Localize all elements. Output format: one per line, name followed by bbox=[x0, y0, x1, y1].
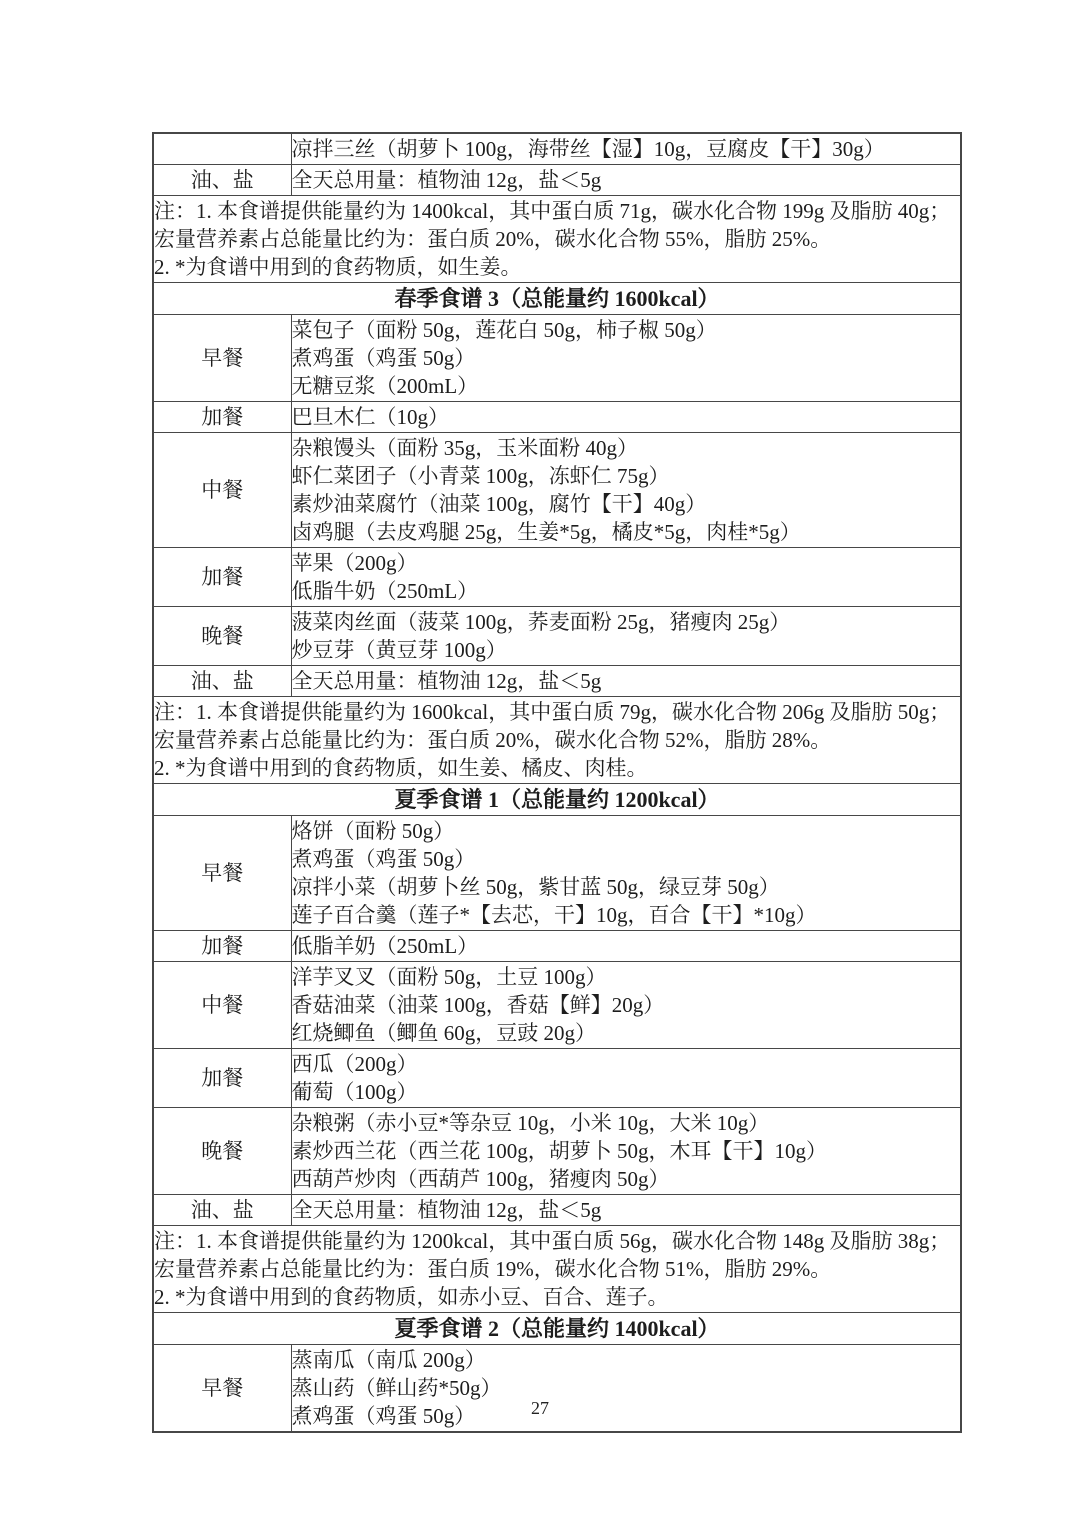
section-header: 夏季食谱 2（总能量约 1400kcal） bbox=[153, 1313, 961, 1345]
meal-label: 中餐 bbox=[153, 962, 291, 1049]
dish-line: 全天总用量：植物油 12g，盐＜5g bbox=[292, 667, 961, 695]
dish-line: 低脂羊奶（250mL） bbox=[292, 932, 961, 960]
dish-cell: 菠菜肉丝面（菠菜 100g，荞麦面粉 25g，猪瘦肉 25g）炒豆芽（黄豆芽 1… bbox=[291, 607, 961, 666]
meal-row: 油、盐全天总用量：植物油 12g，盐＜5g bbox=[153, 666, 961, 697]
dish-line: 西葫芦炒肉（西葫芦 100g，猪瘦肉 50g） bbox=[292, 1165, 961, 1193]
dish-line: 杂粮粥（赤小豆*等杂豆 10g，小米 10g，大米 10g） bbox=[292, 1109, 961, 1137]
dish-line: 素炒油菜腐竹（油菜 100g，腐竹【干】40g） bbox=[292, 490, 961, 518]
meal-row: 中餐杂粮馒头（面粉 35g，玉米面粉 40g）虾仁菜团子（小青菜 100g，冻虾… bbox=[153, 433, 961, 548]
note-cell: 注：1. 本食谱提供能量约为 1600kcal，其中蛋白质 79g，碳水化合物 … bbox=[153, 697, 961, 784]
dish-cell: 低脂羊奶（250mL） bbox=[291, 931, 961, 962]
meal-row: 早餐烙饼（面粉 50g）煮鸡蛋（鸡蛋 50g）凉拌小菜（胡萝卜丝 50g，紫甘蓝… bbox=[153, 816, 961, 931]
header-row: 夏季食谱 2（总能量约 1400kcal） bbox=[153, 1313, 961, 1345]
dish-line: 炒豆芽（黄豆芽 100g） bbox=[292, 636, 961, 664]
meal-row: 中餐洋芋叉叉（面粉 50g，土豆 100g）香菇油菜（油菜 100g，香菇【鲜】… bbox=[153, 962, 961, 1049]
note-row: 注：1. 本食谱提供能量约为 1400kcal，其中蛋白质 71g，碳水化合物 … bbox=[153, 196, 961, 283]
dish-line: 苹果（200g） bbox=[292, 549, 961, 577]
meal-label: 早餐 bbox=[153, 315, 291, 402]
meal-label: 油、盐 bbox=[153, 165, 291, 196]
header-row: 春季食谱 3（总能量约 1600kcal） bbox=[153, 283, 961, 315]
meal-label: 油、盐 bbox=[153, 1195, 291, 1226]
dish-line: 低脂牛奶（250mL） bbox=[292, 577, 961, 605]
dish-cell: 洋芋叉叉（面粉 50g，土豆 100g）香菇油菜（油菜 100g，香菇【鲜】20… bbox=[291, 962, 961, 1049]
meal-label: 晚餐 bbox=[153, 1108, 291, 1195]
dish-cell: 烙饼（面粉 50g）煮鸡蛋（鸡蛋 50g）凉拌小菜（胡萝卜丝 50g，紫甘蓝 5… bbox=[291, 816, 961, 931]
section-header: 夏季食谱 1（总能量约 1200kcal） bbox=[153, 784, 961, 816]
note-line: 注：1. 本食谱提供能量约为 1400kcal，其中蛋白质 71g，碳水化合物 … bbox=[154, 197, 960, 253]
dish-line: 素炒西兰花（西兰花 100g，胡萝卜 50g，木耳【干】10g） bbox=[292, 1137, 961, 1165]
note-cell: 注：1. 本食谱提供能量约为 1400kcal，其中蛋白质 71g，碳水化合物 … bbox=[153, 196, 961, 283]
meal-label: 晚餐 bbox=[153, 607, 291, 666]
meal-label: 早餐 bbox=[153, 816, 291, 931]
dish-line: 凉拌小菜（胡萝卜丝 50g，紫甘蓝 50g，绿豆芽 50g） bbox=[292, 873, 961, 901]
meal-label: 加餐 bbox=[153, 1049, 291, 1108]
dish-line: 煮鸡蛋（鸡蛋 50g） bbox=[292, 344, 961, 372]
meal-label: 加餐 bbox=[153, 931, 291, 962]
dish-line: 西瓜（200g） bbox=[292, 1050, 961, 1078]
dish-line: 香菇油菜（油菜 100g，香菇【鲜】20g） bbox=[292, 991, 961, 1019]
meal-label: 中餐 bbox=[153, 433, 291, 548]
meal-row: 油、盐全天总用量：植物油 12g，盐＜5g bbox=[153, 1195, 961, 1226]
dish-line: 煮鸡蛋（鸡蛋 50g） bbox=[292, 845, 961, 873]
dish-line: 洋芋叉叉（面粉 50g，土豆 100g） bbox=[292, 963, 961, 991]
dish-line: 葡萄（100g） bbox=[292, 1078, 961, 1106]
meal-row: 凉拌三丝（胡萝卜 100g，海带丝【湿】10g，豆腐皮【干】30g） bbox=[153, 133, 961, 165]
meal-row: 加餐低脂羊奶（250mL） bbox=[153, 931, 961, 962]
recipe-table: 凉拌三丝（胡萝卜 100g，海带丝【湿】10g，豆腐皮【干】30g）油、盐全天总… bbox=[152, 132, 962, 1433]
meal-row: 加餐西瓜（200g）葡萄（100g） bbox=[153, 1049, 961, 1108]
dish-line: 菜包子（面粉 50g，莲花白 50g，柿子椒 50g） bbox=[292, 316, 961, 344]
meal-label: 油、盐 bbox=[153, 666, 291, 697]
recipe-table-body: 凉拌三丝（胡萝卜 100g，海带丝【湿】10g，豆腐皮【干】30g）油、盐全天总… bbox=[153, 133, 961, 1432]
meal-row: 油、盐全天总用量：植物油 12g，盐＜5g bbox=[153, 165, 961, 196]
dish-line: 全天总用量：植物油 12g，盐＜5g bbox=[292, 166, 961, 194]
dish-cell: 全天总用量：植物油 12g，盐＜5g bbox=[291, 165, 961, 196]
dish-cell: 苹果（200g）低脂牛奶（250mL） bbox=[291, 548, 961, 607]
dish-line: 莲子百合羹（莲子*【去芯，干】10g，百合【干】*10g） bbox=[292, 901, 961, 929]
dish-line: 凉拌三丝（胡萝卜 100g，海带丝【湿】10g，豆腐皮【干】30g） bbox=[292, 135, 961, 163]
dish-cell: 菜包子（面粉 50g，莲花白 50g，柿子椒 50g）煮鸡蛋（鸡蛋 50g）无糖… bbox=[291, 315, 961, 402]
note-line: 2. *为食谱中用到的食药物质，如生姜、橘皮、肉桂。 bbox=[154, 754, 960, 782]
meal-row: 早餐菜包子（面粉 50g，莲花白 50g，柿子椒 50g）煮鸡蛋（鸡蛋 50g）… bbox=[153, 315, 961, 402]
note-row: 注：1. 本食谱提供能量约为 1600kcal，其中蛋白质 79g，碳水化合物 … bbox=[153, 697, 961, 784]
header-row: 夏季食谱 1（总能量约 1200kcal） bbox=[153, 784, 961, 816]
dish-line: 蒸南瓜（南瓜 200g） bbox=[292, 1346, 961, 1374]
note-row: 注：1. 本食谱提供能量约为 1200kcal，其中蛋白质 56g，碳水化合物 … bbox=[153, 1226, 961, 1313]
dish-cell: 杂粮馒头（面粉 35g，玉米面粉 40g）虾仁菜团子（小青菜 100g，冻虾仁 … bbox=[291, 433, 961, 548]
meal-row: 晚餐菠菜肉丝面（菠菜 100g，荞麦面粉 25g，猪瘦肉 25g）炒豆芽（黄豆芽… bbox=[153, 607, 961, 666]
meal-row: 晚餐杂粮粥（赤小豆*等杂豆 10g，小米 10g，大米 10g）素炒西兰花（西兰… bbox=[153, 1108, 961, 1195]
note-line: 2. *为食谱中用到的食药物质，如生姜。 bbox=[154, 253, 960, 281]
dish-cell: 杂粮粥（赤小豆*等杂豆 10g，小米 10g，大米 10g）素炒西兰花（西兰花 … bbox=[291, 1108, 961, 1195]
dish-cell: 全天总用量：植物油 12g，盐＜5g bbox=[291, 666, 961, 697]
dish-line: 杂粮馒头（面粉 35g，玉米面粉 40g） bbox=[292, 434, 961, 462]
dish-cell: 全天总用量：植物油 12g，盐＜5g bbox=[291, 1195, 961, 1226]
dish-line: 无糖豆浆（200mL） bbox=[292, 372, 961, 400]
meal-row: 加餐巴旦木仁（10g） bbox=[153, 402, 961, 433]
note-line: 注：1. 本食谱提供能量约为 1600kcal，其中蛋白质 79g，碳水化合物 … bbox=[154, 698, 960, 754]
note-line: 注：1. 本食谱提供能量约为 1200kcal，其中蛋白质 56g，碳水化合物 … bbox=[154, 1227, 960, 1283]
dish-line: 菠菜肉丝面（菠菜 100g，荞麦面粉 25g，猪瘦肉 25g） bbox=[292, 608, 961, 636]
dish-line: 卤鸡腿（去皮鸡腿 25g，生姜*5g，橘皮*5g，肉桂*5g） bbox=[292, 518, 961, 546]
dish-cell: 凉拌三丝（胡萝卜 100g，海带丝【湿】10g，豆腐皮【干】30g） bbox=[291, 133, 961, 165]
dish-line: 烙饼（面粉 50g） bbox=[292, 817, 961, 845]
note-line: 2. *为食谱中用到的食药物质，如赤小豆、百合、莲子。 bbox=[154, 1283, 960, 1311]
dish-line: 红烧鲫鱼（鲫鱼 60g，豆豉 20g） bbox=[292, 1019, 961, 1047]
dish-cell: 巴旦木仁（10g） bbox=[291, 402, 961, 433]
meal-label bbox=[153, 133, 291, 165]
meal-row: 加餐苹果（200g）低脂牛奶（250mL） bbox=[153, 548, 961, 607]
document-page: 凉拌三丝（胡萝卜 100g，海带丝【湿】10g，豆腐皮【干】30g）油、盐全天总… bbox=[0, 0, 1080, 1527]
meal-label: 加餐 bbox=[153, 402, 291, 433]
dish-line: 全天总用量：植物油 12g，盐＜5g bbox=[292, 1196, 961, 1224]
dish-line: 巴旦木仁（10g） bbox=[292, 403, 961, 431]
meal-label: 加餐 bbox=[153, 548, 291, 607]
page-number: 27 bbox=[0, 1398, 1080, 1419]
section-header: 春季食谱 3（总能量约 1600kcal） bbox=[153, 283, 961, 315]
note-cell: 注：1. 本食谱提供能量约为 1200kcal，其中蛋白质 56g，碳水化合物 … bbox=[153, 1226, 961, 1313]
dish-line: 虾仁菜团子（小青菜 100g，冻虾仁 75g） bbox=[292, 462, 961, 490]
dish-cell: 西瓜（200g）葡萄（100g） bbox=[291, 1049, 961, 1108]
